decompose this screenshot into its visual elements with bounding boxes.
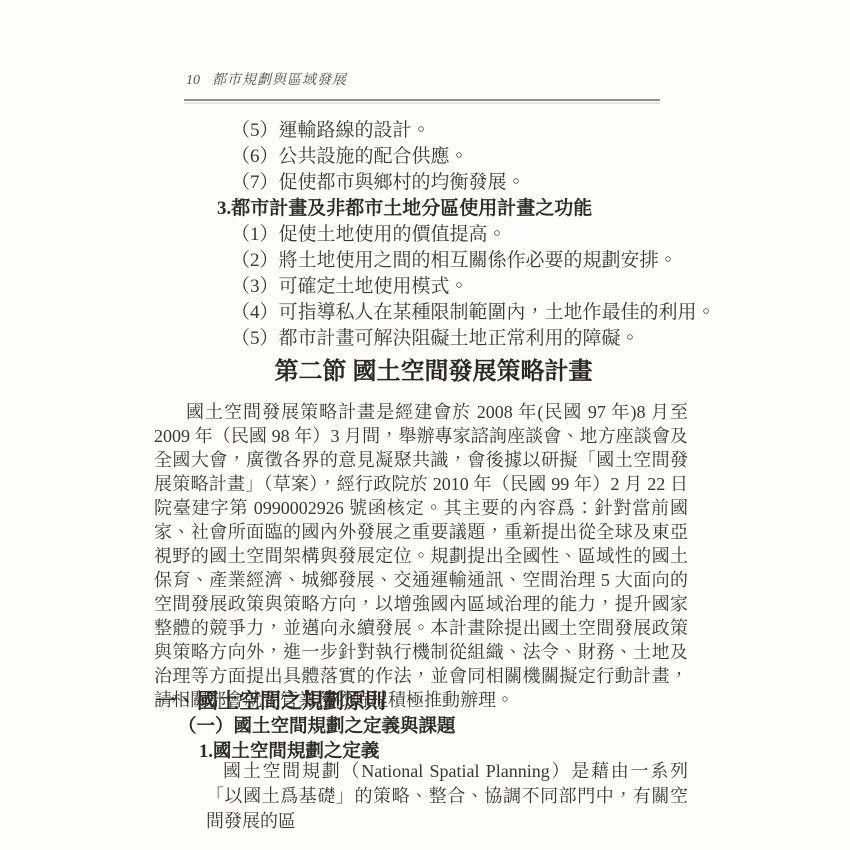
header-rule — [184, 99, 660, 101]
page-number: 10 — [186, 72, 200, 90]
list-item: （5）都市計畫可解決阻礙土地正常利用的障礙。 — [154, 326, 690, 352]
functions-heading: 3.都市計畫及非都市土地分區使用計畫之功能 — [154, 196, 690, 222]
content-lists: （5）運輸路線的設計。 （6）公共設施的配合供應。 （7）促使都市與鄉村的均衡發… — [154, 118, 690, 352]
heading-level-1: 一、國土空間之規劃原則 — [155, 685, 386, 715]
list-item: （7）促使都市與鄉村的均衡發展。 — [154, 170, 690, 196]
list-item: （6）公共設施的配合供應。 — [154, 144, 690, 170]
book-title: 都市規劃與區域發展 — [212, 72, 347, 90]
list-item: （2）將土地使用之間的相互關係作必要的規劃安排。 — [154, 248, 690, 274]
heading-level-2: （一）國土空間規劃之定義與課題 — [178, 712, 456, 738]
list-item: （1）促使土地使用的價值提高。 — [154, 222, 690, 248]
running-header: 10 都市規劃與區域發展 — [186, 72, 347, 90]
definition-paragraph: 國土空間規劃（National Spatial Planning）是藉由一系列「… — [206, 759, 688, 834]
list-item: （3）可確定土地使用模式。 — [154, 274, 690, 300]
section-title: 第二節 國土空間發展策略計畫 — [155, 351, 690, 386]
section-paragraph: 國土空間發展策略計畫是經建會於 2008 年(民國 97 年)8 月至 2009… — [154, 400, 688, 712]
list-item: （4）可指導私人在某種限制範圍內，土地作最佳的利用。 — [154, 300, 690, 326]
list-item: （5）運輸路線的設計。 — [154, 118, 690, 144]
book-page: 10 都市規劃與區域發展 （5）運輸路線的設計。 （6）公共設施的配合供應。 （… — [0, 0, 850, 850]
